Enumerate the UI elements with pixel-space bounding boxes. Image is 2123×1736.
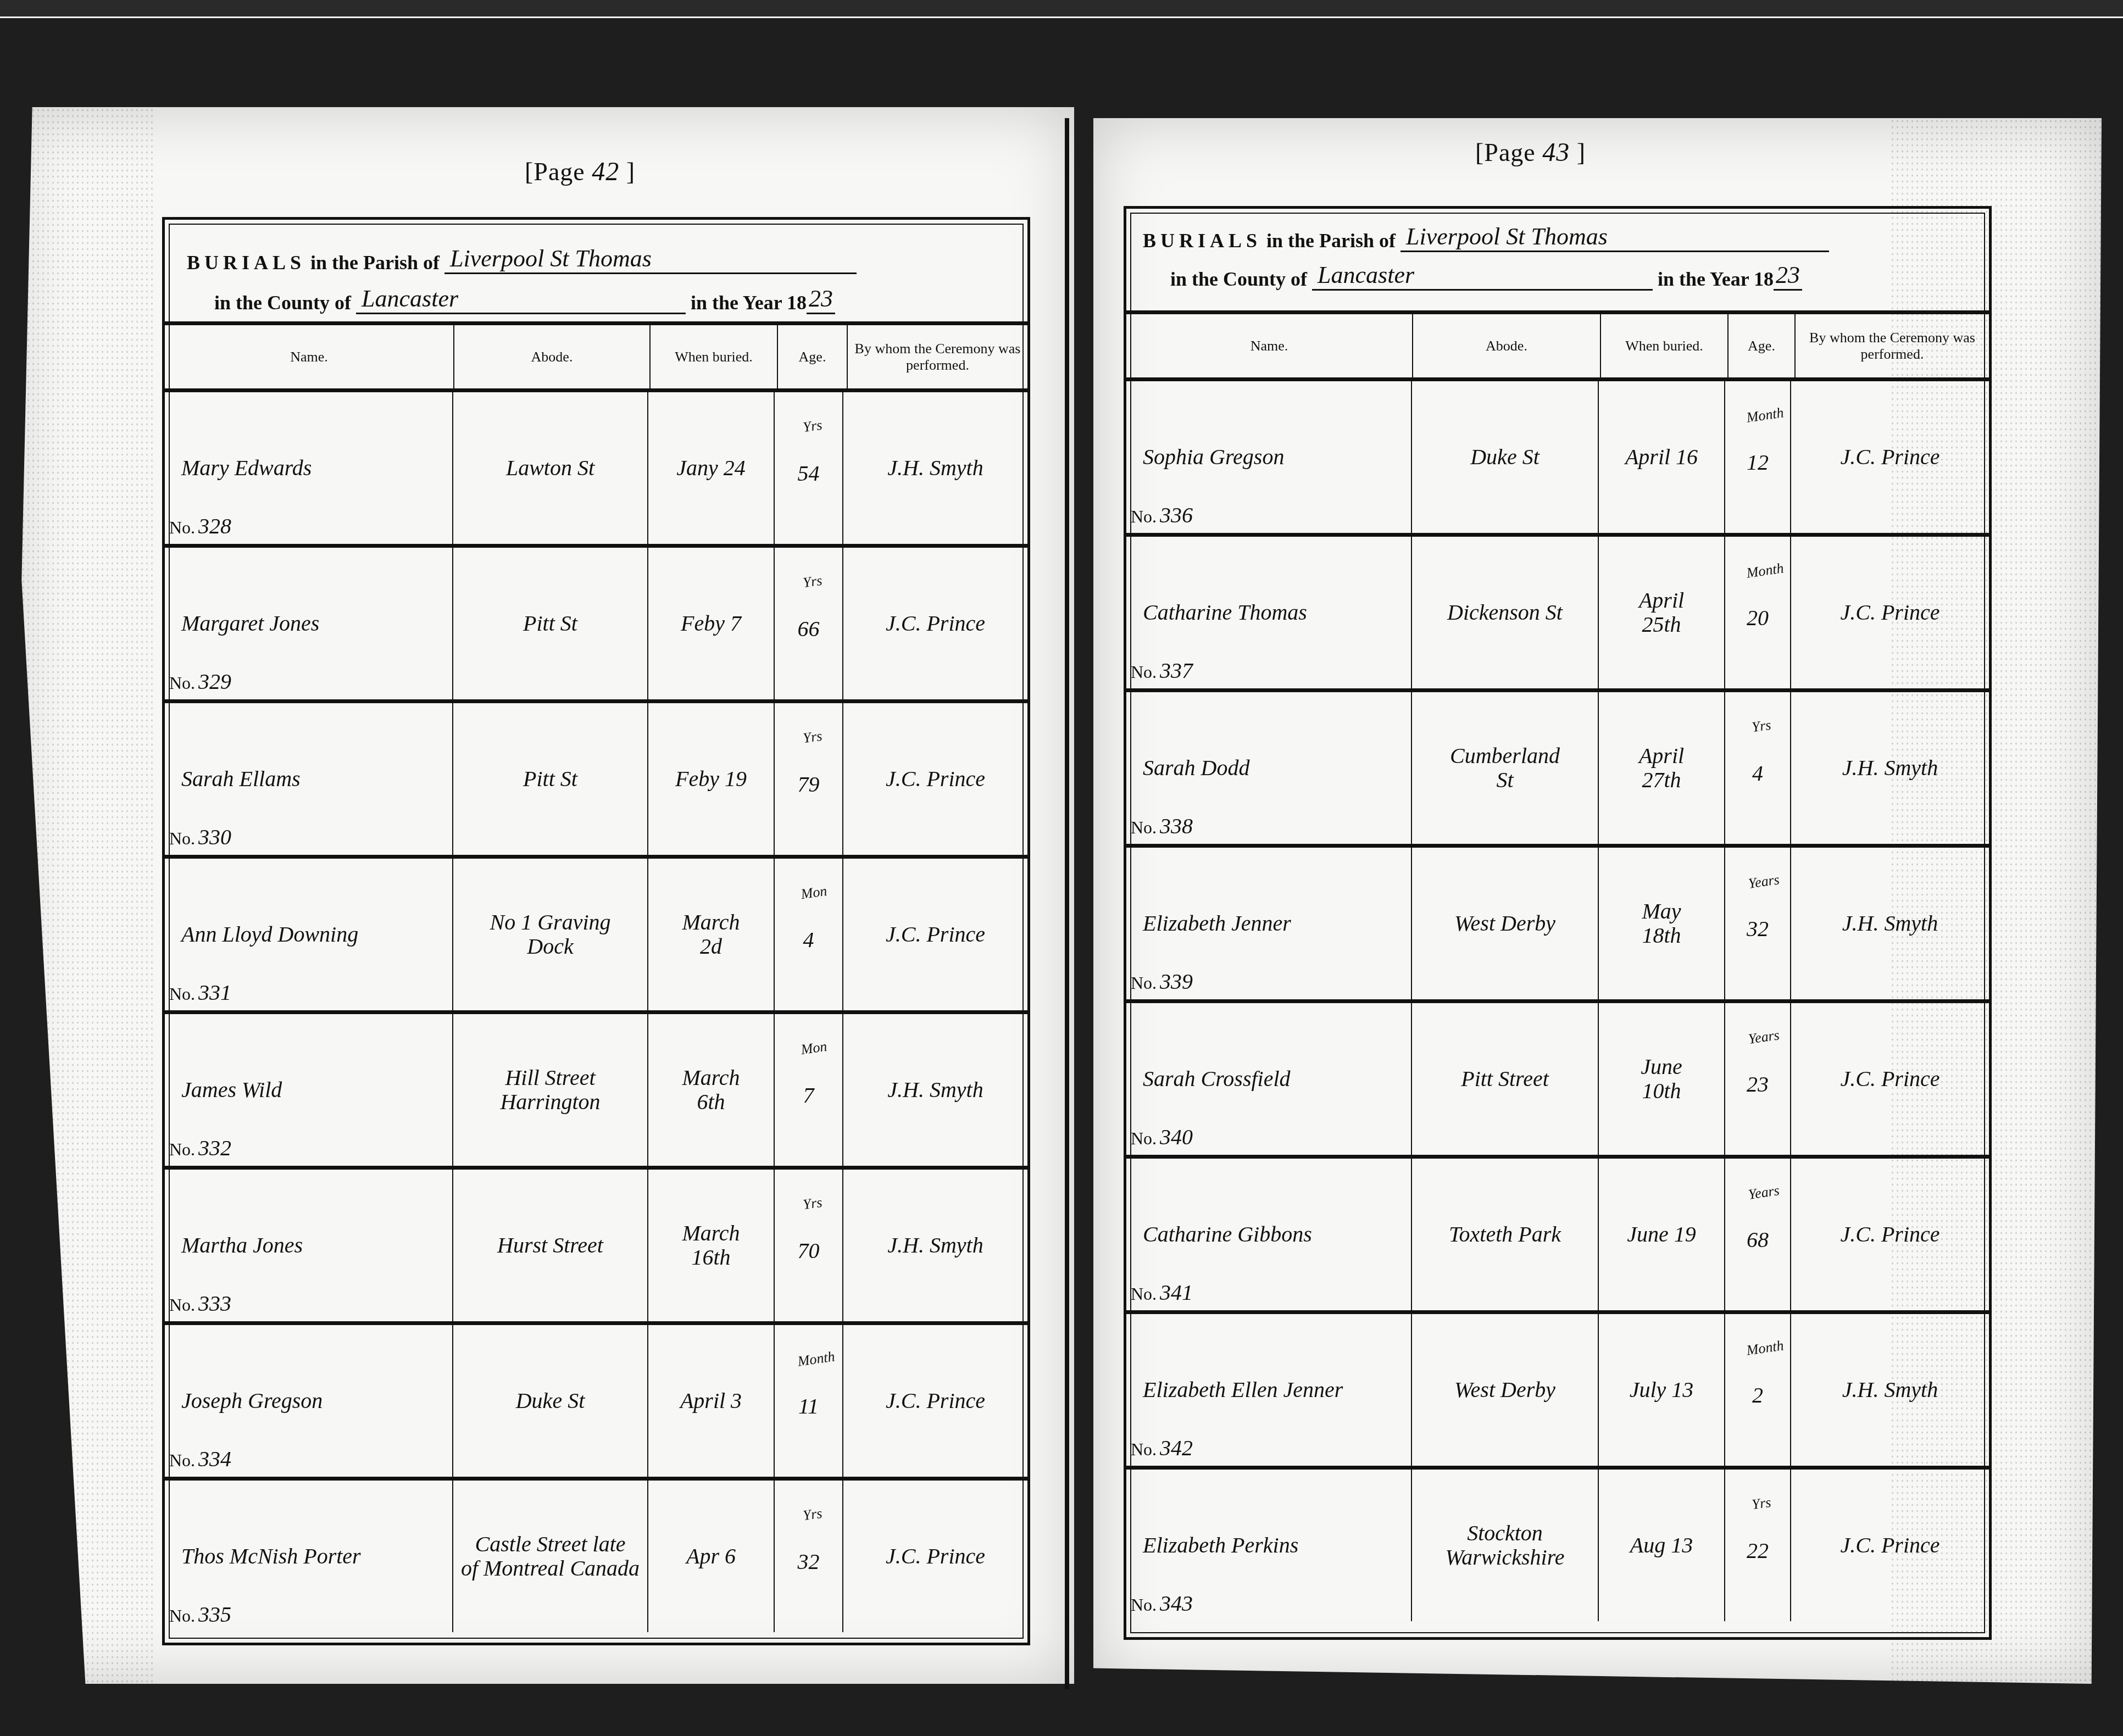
entry-officiant-cell: J.C. Prince bbox=[843, 703, 1027, 855]
entry-number: No.328 bbox=[169, 514, 231, 539]
entry-age-cell: Month 20 bbox=[1725, 537, 1791, 688]
abode-line-1: Hill Street bbox=[505, 1066, 595, 1090]
county-label: in the County of bbox=[1170, 268, 1307, 290]
officiant-name: J.C. Prince bbox=[886, 1389, 985, 1413]
entry-abode-cell: Cumberland St bbox=[1412, 692, 1599, 844]
register-entry-row: Thos McNish Porter No.335 Castle Street … bbox=[165, 1481, 1027, 1632]
officiant-name: J.C. Prince bbox=[1840, 1533, 1939, 1557]
entry-abode-cell: Dickenson St bbox=[1412, 537, 1599, 688]
officiant-name: J.H. Smyth bbox=[1842, 1378, 1938, 1402]
county-value: Lancaster bbox=[1312, 261, 1653, 291]
entry-number: No.331 bbox=[169, 981, 231, 1006]
burial-date: July 13 bbox=[1630, 1378, 1694, 1402]
deceased-name: Thos McNish Porter bbox=[181, 1544, 361, 1568]
entry-officiant-cell: J.C. Prince bbox=[843, 1325, 1027, 1477]
age-value: 68 bbox=[1747, 1228, 1769, 1252]
entry-age-cell: Yrs 22 bbox=[1725, 1470, 1791, 1621]
age-value: 20 bbox=[1747, 606, 1769, 630]
age-value: 70 bbox=[798, 1239, 820, 1263]
entry-number: No.335 bbox=[169, 1603, 231, 1628]
age-value: 23 bbox=[1747, 1072, 1769, 1097]
entry-name-cell: Elizabeth Jenner No.339 bbox=[1126, 848, 1412, 999]
entry-name-cell: Margaret Jones No.329 bbox=[165, 548, 453, 699]
age-value: 32 bbox=[798, 1550, 820, 1574]
page-bracket: ] bbox=[1577, 138, 1586, 166]
parish-line: BURIALS in the Parish of Liverpool St Th… bbox=[187, 244, 857, 274]
register-entry-row: Sarah Crossfield No.340 Pitt Street June… bbox=[1126, 1003, 1989, 1159]
burial-date-day: 2d bbox=[700, 934, 722, 959]
deceased-name: Elizabeth Jenner bbox=[1143, 911, 1291, 936]
burial-date-day: 16th bbox=[691, 1245, 730, 1270]
deceased-name: Elizabeth Perkins bbox=[1143, 1533, 1298, 1557]
abode-line-1: Duke St bbox=[1470, 445, 1540, 469]
entry-name-cell: Elizabeth Perkins No.343 bbox=[1126, 1470, 1412, 1621]
entry-age-cell: Years 32 bbox=[1725, 848, 1791, 999]
register-entry-row: Elizabeth Perkins No.343 Stockton Warwic… bbox=[1126, 1470, 1989, 1621]
deceased-name: Sarah Crossfield bbox=[1143, 1067, 1291, 1091]
burial-date: March bbox=[682, 910, 740, 934]
age-unit: Month bbox=[1745, 400, 1785, 430]
register-entry-row: Sophia Gregson No.336 Duke St April 16 M… bbox=[1126, 381, 1989, 537]
age-unit: Month bbox=[1745, 556, 1785, 585]
age-value: 66 bbox=[798, 617, 820, 641]
deceased-name: Catharine Thomas bbox=[1143, 600, 1307, 625]
entry-burial-date-cell: March 2d bbox=[648, 859, 775, 1010]
burial-date: April bbox=[1639, 744, 1684, 768]
entry-number-prefix: No. bbox=[169, 673, 195, 693]
age-unit: Yrs bbox=[1750, 1490, 1772, 1517]
entry-number: No.332 bbox=[169, 1136, 231, 1161]
entry-number-prefix: No. bbox=[1131, 507, 1157, 526]
column-header-age: Age. bbox=[778, 325, 848, 388]
entry-abode-cell: Pitt Street bbox=[1412, 1003, 1599, 1155]
entry-burial-date-cell: July 13 bbox=[1599, 1314, 1725, 1466]
register-entry-row: Margaret Jones No.329 Pitt St Feby 7 Yrs… bbox=[165, 548, 1027, 703]
entry-number-prefix: No. bbox=[169, 828, 195, 848]
entry-burial-date-cell: Feby 19 bbox=[648, 703, 775, 855]
entry-number: No.333 bbox=[169, 1292, 231, 1317]
deceased-name: James Wild bbox=[181, 1078, 282, 1102]
parish-value: Liverpool St Thomas bbox=[1400, 222, 1829, 252]
entry-name-cell: James Wild No.332 bbox=[165, 1014, 453, 1166]
register-entry-row: James Wild No.332 Hill Street Harrington… bbox=[165, 1014, 1027, 1170]
entry-burial-date-cell: June 19 bbox=[1599, 1159, 1725, 1310]
entry-officiant-cell: J.C. Prince bbox=[1791, 537, 1989, 688]
entry-age-cell: Month 11 bbox=[775, 1325, 843, 1477]
abode-line-1: No 1 Graving bbox=[490, 910, 611, 934]
entry-number-prefix: No. bbox=[169, 1606, 195, 1626]
parish-line: BURIALS in the Parish of Liverpool St Th… bbox=[1143, 222, 1829, 252]
year-label: in the Year 18 bbox=[1658, 268, 1774, 290]
burial-date: June 19 bbox=[1627, 1222, 1696, 1247]
entry-age-cell: Yrs 79 bbox=[775, 703, 843, 855]
entry-officiant-cell: J.H. Smyth bbox=[843, 1170, 1027, 1321]
entry-number-value: 339 bbox=[1160, 969, 1193, 994]
entry-age-cell: Years 23 bbox=[1725, 1003, 1791, 1155]
entry-name-cell: Martha Jones No.333 bbox=[165, 1170, 453, 1321]
age-value: 32 bbox=[1747, 917, 1769, 941]
register-header: BURIALS in the Parish of Liverpool St Th… bbox=[1126, 209, 1989, 314]
entry-age-cell: Yrs 4 bbox=[1725, 692, 1791, 844]
entry-abode-cell: Lawton St bbox=[453, 392, 648, 544]
entry-number-prefix: No. bbox=[1131, 1284, 1157, 1304]
register-entry-row: Joseph Gregson No.334 Duke St April 3 Mo… bbox=[165, 1325, 1027, 1481]
abode-line-1: Dickenson St bbox=[1447, 600, 1563, 625]
entry-number-value: 336 bbox=[1160, 503, 1193, 527]
abode-line-1: Hurst Street bbox=[497, 1233, 603, 1258]
entry-officiant-cell: J.H. Smyth bbox=[1791, 692, 1989, 844]
abode-line-1: Lawton St bbox=[506, 456, 594, 480]
burial-date: Jany 24 bbox=[676, 456, 746, 480]
register-rows: Mary Edwards No.328 Lawton St Jany 24 Yr… bbox=[165, 392, 1027, 1643]
burial-date: March bbox=[682, 1066, 740, 1090]
abode-line-1: Pitt Street bbox=[1461, 1067, 1549, 1091]
entry-age-cell: Yrs 66 bbox=[775, 548, 843, 699]
burial-date: April bbox=[1639, 588, 1684, 613]
right-page-number: [Page 43 ] bbox=[1475, 137, 1586, 168]
year-label: in the Year 18 bbox=[691, 292, 807, 314]
column-header-officiant: By whom the Ceremony was performed. bbox=[1796, 314, 1989, 377]
deceased-name: Mary Edwards bbox=[181, 456, 312, 480]
burial-date-day: 10th bbox=[1642, 1079, 1681, 1103]
column-headers: Name. Abode. When buried. Age. By whom t… bbox=[165, 325, 1027, 392]
age-unit: Years bbox=[1747, 1178, 1781, 1206]
officiant-name: J.H. Smyth bbox=[887, 1233, 983, 1258]
entry-officiant-cell: J.C. Prince bbox=[1791, 1159, 1989, 1310]
parish-value: Liverpool St Thomas bbox=[444, 244, 857, 274]
entry-burial-date-cell: April 25th bbox=[1599, 537, 1725, 688]
entry-number: No.334 bbox=[169, 1447, 231, 1472]
column-header-name: Name. bbox=[1126, 314, 1413, 377]
paper-stain bbox=[11, 107, 154, 1684]
entry-officiant-cell: J.C. Prince bbox=[1791, 1470, 1989, 1621]
column-header-when-buried: When buried. bbox=[1601, 314, 1729, 377]
right-register-table: BURIALS in the Parish of Liverpool St Th… bbox=[1124, 206, 1992, 1640]
register-entry-row: Martha Jones No.333 Hurst Street March 1… bbox=[165, 1170, 1027, 1325]
entry-abode-cell: Pitt St bbox=[453, 548, 648, 699]
county-line: in the County of Lancaster in the Year 1… bbox=[214, 285, 835, 314]
burials-heading: BURIALS bbox=[1143, 230, 1261, 252]
entry-name-cell: Joseph Gregson No.334 bbox=[165, 1325, 453, 1477]
entry-name-cell: Elizabeth Ellen Jenner No.342 bbox=[1126, 1314, 1412, 1466]
entry-number-value: 329 bbox=[198, 669, 231, 694]
burial-date: June bbox=[1641, 1055, 1682, 1079]
age-unit: Yrs bbox=[1750, 713, 1772, 739]
abode-line-1: Toxteth Park bbox=[1449, 1222, 1561, 1247]
entry-officiant-cell: J.C. Prince bbox=[843, 1481, 1027, 1632]
burial-date: April 16 bbox=[1625, 445, 1698, 469]
officiant-name: J.H. Smyth bbox=[1842, 756, 1938, 780]
age-value: 11 bbox=[798, 1394, 819, 1418]
abode-line-2: Warwickshire bbox=[1445, 1545, 1564, 1570]
officiant-name: J.C. Prince bbox=[1840, 1067, 1939, 1091]
age-unit: Yrs bbox=[801, 724, 823, 750]
age-unit: Mon bbox=[799, 879, 828, 906]
entry-age-cell: Yrs 54 bbox=[775, 392, 843, 544]
entry-number-value: 333 bbox=[198, 1291, 231, 1316]
register-entry-row: Ann Lloyd Downing No.331 No 1 Graving Do… bbox=[165, 859, 1027, 1014]
deceased-name: Margaret Jones bbox=[181, 611, 319, 636]
entry-number-value: 332 bbox=[198, 1136, 231, 1160]
entry-burial-date-cell: Aug 13 bbox=[1599, 1470, 1725, 1621]
register-entry-row: Catharine Gibbons No.341 Toxteth Park Ju… bbox=[1126, 1159, 1989, 1314]
entry-abode-cell: Duke St bbox=[1412, 381, 1599, 533]
abode-line-1: Pitt St bbox=[523, 767, 577, 791]
county-value: Lancaster bbox=[356, 285, 686, 314]
burials-heading: BURIALS bbox=[187, 252, 305, 274]
column-header-age: Age. bbox=[1729, 314, 1796, 377]
age-unit: Mon bbox=[799, 1034, 828, 1062]
entry-number: No.343 bbox=[1131, 1592, 1193, 1617]
entry-age-cell: Mon 4 bbox=[775, 859, 843, 1010]
entry-abode-cell: Duke St bbox=[453, 1325, 648, 1477]
entry-abode-cell: West Derby bbox=[1412, 848, 1599, 999]
entry-officiant-cell: J.C. Prince bbox=[843, 548, 1027, 699]
age-unit: Yrs bbox=[801, 1190, 823, 1217]
entry-number-value: 335 bbox=[198, 1602, 231, 1627]
entry-number-value: 341 bbox=[1160, 1280, 1193, 1305]
burial-date: Feby 7 bbox=[681, 611, 741, 636]
entry-abode-cell: Castle Street late of Montreal Canada bbox=[453, 1481, 648, 1632]
burial-date: Feby 19 bbox=[675, 767, 747, 791]
age-unit: Month bbox=[1745, 1333, 1785, 1362]
deceased-name: Martha Jones bbox=[181, 1233, 303, 1258]
deceased-name: Joseph Gregson bbox=[181, 1389, 323, 1413]
officiant-name: J.C. Prince bbox=[886, 611, 985, 636]
age-unit: Yrs bbox=[801, 413, 823, 439]
deceased-name: Catharine Gibbons bbox=[1143, 1222, 1312, 1247]
abode-line-1: Duke St bbox=[516, 1389, 585, 1413]
entry-number: No.342 bbox=[1131, 1436, 1193, 1461]
entry-age-cell: Month 2 bbox=[1725, 1314, 1791, 1466]
column-header-abode: Abode. bbox=[1413, 314, 1601, 377]
entry-number-value: 340 bbox=[1160, 1125, 1193, 1149]
officiant-name: J.H. Smyth bbox=[1842, 911, 1938, 936]
entry-number-value: 331 bbox=[198, 980, 231, 1005]
column-header-name: Name. bbox=[165, 325, 454, 388]
scan-border-top bbox=[0, 0, 2123, 18]
entry-age-cell: Yrs 70 bbox=[775, 1170, 843, 1321]
entry-burial-date-cell: April 27th bbox=[1599, 692, 1725, 844]
entry-burial-date-cell: June 10th bbox=[1599, 1003, 1725, 1155]
left-page-number: [Page 42 ] bbox=[525, 157, 635, 187]
entry-number-prefix: No. bbox=[169, 1295, 195, 1315]
entry-number-value: 328 bbox=[198, 514, 231, 538]
entry-number-prefix: No. bbox=[1131, 817, 1157, 837]
burial-date: Apr 6 bbox=[686, 1544, 736, 1568]
deceased-name: Ann Lloyd Downing bbox=[181, 922, 358, 947]
entry-number-prefix: No. bbox=[1131, 973, 1157, 993]
abode-line-2: of Montreal Canada bbox=[461, 1556, 640, 1581]
entry-number-prefix: No. bbox=[169, 1450, 195, 1470]
entry-number: No.341 bbox=[1131, 1281, 1193, 1306]
entry-age-cell: Mon 7 bbox=[775, 1014, 843, 1166]
entry-officiant-cell: J.H. Smyth bbox=[843, 1014, 1027, 1166]
county-label: in the County of bbox=[214, 292, 351, 314]
burial-date: March bbox=[682, 1221, 740, 1245]
entry-burial-date-cell: Apr 6 bbox=[648, 1481, 775, 1632]
parish-label: in the Parish of bbox=[1266, 230, 1396, 252]
entry-burial-date-cell: April 16 bbox=[1599, 381, 1725, 533]
page-label: [Page bbox=[1475, 138, 1536, 166]
abode-line-1: Cumberland bbox=[1450, 744, 1560, 768]
entry-abode-cell: Toxteth Park bbox=[1412, 1159, 1599, 1310]
entry-burial-date-cell: March 16th bbox=[648, 1170, 775, 1321]
deceased-name: Sarah Dodd bbox=[1143, 756, 1249, 780]
abode-line-1: Pitt St bbox=[523, 611, 577, 636]
age-unit: Years bbox=[1747, 1023, 1781, 1051]
column-header-when-buried: When buried. bbox=[651, 325, 778, 388]
entry-number-prefix: No. bbox=[1131, 1128, 1157, 1148]
entry-officiant-cell: J.C. Prince bbox=[843, 859, 1027, 1010]
abode-line-2: St bbox=[1496, 768, 1513, 792]
page-bracket: ] bbox=[626, 158, 635, 186]
entry-officiant-cell: J.C. Prince bbox=[1791, 1003, 1989, 1155]
entry-number: No.329 bbox=[169, 670, 231, 695]
entry-number: No.330 bbox=[169, 825, 231, 850]
entry-officiant-cell: J.H. Smyth bbox=[1791, 1314, 1989, 1466]
entry-number-prefix: No. bbox=[169, 1139, 195, 1159]
deceased-name: Elizabeth Ellen Jenner bbox=[1143, 1378, 1343, 1402]
register-rows: Sophia Gregson No.336 Duke St April 16 M… bbox=[1126, 381, 1989, 1637]
entry-name-cell: Mary Edwards No.328 bbox=[165, 392, 453, 544]
age-unit: Month bbox=[796, 1344, 836, 1373]
entry-number-value: 338 bbox=[1160, 814, 1193, 838]
burial-date-day: 25th bbox=[1642, 613, 1681, 637]
age-value: 7 bbox=[803, 1083, 814, 1108]
officiant-name: J.H. Smyth bbox=[887, 1078, 983, 1102]
entry-name-cell: Catharine Thomas No.337 bbox=[1126, 537, 1412, 688]
officiant-name: J.C. Prince bbox=[886, 767, 985, 791]
entry-name-cell: Sarah Dodd No.338 bbox=[1126, 692, 1412, 844]
burial-date: April 3 bbox=[680, 1389, 742, 1413]
abode-line-2: Harrington bbox=[500, 1090, 600, 1114]
register-entry-row: Catharine Thomas No.337 Dickenson St Apr… bbox=[1126, 537, 1989, 692]
entry-name-cell: Sophia Gregson No.336 bbox=[1126, 381, 1412, 533]
register-entry-row: Mary Edwards No.328 Lawton St Jany 24 Yr… bbox=[165, 392, 1027, 548]
register-entry-row: Elizabeth Ellen Jenner No.342 West Derby… bbox=[1126, 1314, 1989, 1470]
officiant-name: J.C. Prince bbox=[1840, 445, 1939, 469]
officiant-name: J.C. Prince bbox=[1840, 600, 1939, 625]
year-value: 23 bbox=[1774, 261, 1802, 291]
page-number-value: 43 bbox=[1542, 138, 1570, 167]
officiant-name: J.H. Smyth bbox=[887, 456, 983, 480]
entry-number-value: 343 bbox=[1160, 1591, 1193, 1616]
entry-age-cell: Years 68 bbox=[1725, 1159, 1791, 1310]
abode-line-1: West Derby bbox=[1454, 911, 1555, 936]
burial-date: May bbox=[1642, 899, 1681, 923]
county-line: in the County of Lancaster in the Year 1… bbox=[1170, 261, 1802, 291]
age-value: 2 bbox=[1752, 1383, 1763, 1407]
entry-number-prefix: No. bbox=[1131, 1439, 1157, 1459]
entry-abode-cell: Stockton Warwickshire bbox=[1412, 1470, 1599, 1621]
entry-officiant-cell: J.H. Smyth bbox=[1791, 848, 1989, 999]
entry-abode-cell: Pitt St bbox=[453, 703, 648, 855]
entry-name-cell: Ann Lloyd Downing No.331 bbox=[165, 859, 453, 1010]
column-headers: Name. Abode. When buried. Age. By whom t… bbox=[1126, 314, 1989, 381]
entry-number-value: 330 bbox=[198, 825, 231, 849]
age-value: 12 bbox=[1747, 450, 1769, 475]
entry-abode-cell: Hurst Street bbox=[453, 1170, 648, 1321]
column-header-abode: Abode. bbox=[454, 325, 651, 388]
burial-date: Aug 13 bbox=[1630, 1533, 1693, 1557]
entry-number-prefix: No. bbox=[169, 518, 195, 537]
entry-number-value: 334 bbox=[198, 1446, 231, 1471]
entry-age-cell: Yrs 32 bbox=[775, 1481, 843, 1632]
entry-number-prefix: No. bbox=[1131, 1595, 1157, 1615]
entry-burial-date-cell: April 3 bbox=[648, 1325, 775, 1477]
entry-burial-date-cell: Feby 7 bbox=[648, 548, 775, 699]
abode-line-2: Dock bbox=[527, 934, 573, 959]
entry-officiant-cell: J.C. Prince bbox=[1791, 381, 1989, 533]
left-register-table: BURIALS in the Parish of Liverpool St Th… bbox=[162, 217, 1030, 1645]
officiant-name: J.C. Prince bbox=[1840, 1222, 1939, 1247]
entry-burial-date-cell: Jany 24 bbox=[648, 392, 775, 544]
entry-name-cell: Catharine Gibbons No.341 bbox=[1126, 1159, 1412, 1310]
year-value: 23 bbox=[807, 285, 835, 314]
entry-number: No.336 bbox=[1131, 503, 1193, 528]
entry-number-prefix: No. bbox=[1131, 662, 1157, 682]
entry-number: No.337 bbox=[1131, 659, 1193, 684]
entry-number-value: 337 bbox=[1160, 658, 1193, 683]
age-value: 54 bbox=[798, 461, 820, 486]
age-unit: Years bbox=[1747, 867, 1781, 895]
age-value: 4 bbox=[803, 928, 814, 952]
age-value: 79 bbox=[798, 772, 820, 797]
abode-line-1: Stockton bbox=[1467, 1521, 1543, 1545]
burial-date-day: 6th bbox=[697, 1090, 725, 1114]
entry-abode-cell: Hill Street Harrington bbox=[453, 1014, 648, 1166]
age-unit: Yrs bbox=[801, 569, 823, 595]
entry-number-value: 342 bbox=[1160, 1435, 1193, 1460]
entry-name-cell: Sarah Crossfield No.340 bbox=[1126, 1003, 1412, 1155]
officiant-name: J.C. Prince bbox=[886, 922, 985, 947]
age-value: 4 bbox=[1752, 761, 1763, 786]
register-header: BURIALS in the Parish of Liverpool St Th… bbox=[165, 220, 1027, 325]
entry-abode-cell: No 1 Graving Dock bbox=[453, 859, 648, 1010]
entry-age-cell: Month 12 bbox=[1725, 381, 1791, 533]
abode-line-1: Castle Street late bbox=[475, 1532, 625, 1556]
entry-number-prefix: No. bbox=[169, 984, 195, 1004]
column-header-officiant: By whom the Ceremony was performed. bbox=[848, 325, 1027, 388]
officiant-name: J.C. Prince bbox=[886, 1544, 985, 1568]
page-label: [Page bbox=[525, 158, 585, 186]
entry-number: No.338 bbox=[1131, 814, 1193, 839]
register-entry-row: Sarah Dodd No.338 Cumberland St April 27… bbox=[1126, 692, 1989, 848]
deceased-name: Sophia Gregson bbox=[1143, 445, 1284, 469]
entry-number: No.339 bbox=[1131, 970, 1193, 995]
entry-number: No.340 bbox=[1131, 1125, 1193, 1150]
burial-date-day: 27th bbox=[1642, 768, 1681, 792]
parish-label: in the Parish of bbox=[310, 252, 440, 274]
register-entry-row: Elizabeth Jenner No.339 West Derby May 1… bbox=[1126, 848, 1989, 1003]
entry-burial-date-cell: March 6th bbox=[648, 1014, 775, 1166]
entry-abode-cell: West Derby bbox=[1412, 1314, 1599, 1466]
abode-line-1: West Derby bbox=[1454, 1378, 1555, 1402]
entry-officiant-cell: J.H. Smyth bbox=[843, 392, 1027, 544]
age-value: 22 bbox=[1747, 1539, 1769, 1563]
entry-burial-date-cell: May 18th bbox=[1599, 848, 1725, 999]
entry-name-cell: Sarah Ellams No.330 bbox=[165, 703, 453, 855]
page-number-value: 42 bbox=[592, 157, 619, 186]
burial-date-day: 18th bbox=[1642, 923, 1681, 948]
register-entry-row: Sarah Ellams No.330 Pitt St Feby 19 Yrs … bbox=[165, 703, 1027, 859]
age-unit: Yrs bbox=[801, 1501, 823, 1528]
book-gutter bbox=[1065, 118, 1069, 1689]
deceased-name: Sarah Ellams bbox=[181, 767, 301, 791]
entry-name-cell: Thos McNish Porter No.335 bbox=[165, 1481, 453, 1632]
